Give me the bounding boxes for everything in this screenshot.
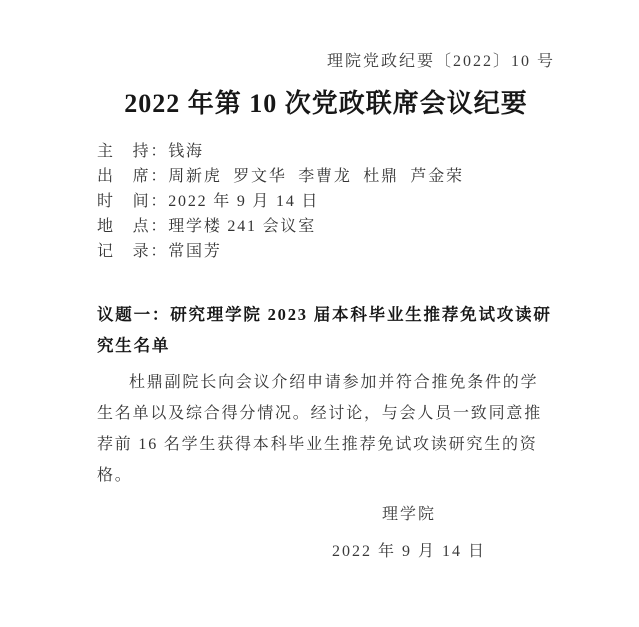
body-paragraph: 杜鼎副院长向会议介绍申请参加并符合推免条件的学生名单以及综合得分情况。经讨论，与… (97, 367, 555, 491)
meta-label-time: 时 间 (97, 193, 150, 210)
meta-row-attendees: 出 席：周新虎 罗文华 李曹龙 杜鼎 芦金荣 (97, 164, 555, 189)
document-page: 理院党政纪要〔2022〕10 号 2022 年第 10 次党政联席会议纪要 主 … (0, 0, 639, 627)
topic-heading: 议题一：研究理学院 2023 届本科毕业生推荐免试攻读研究生名单 (97, 299, 555, 361)
doc-number: 理院党政纪要〔2022〕10 号 (97, 50, 555, 74)
meta-separator: ： (150, 193, 168, 210)
meta-row-location: 地 点：理学楼 241 会议室 (97, 214, 555, 239)
meta-label-location: 地 点 (97, 218, 150, 235)
meta-separator: ： (150, 143, 168, 160)
document-title: 2022 年第 10 次党政联席会议纪要 (97, 87, 555, 121)
meta-separator: ： (150, 218, 168, 235)
meta-separator: ： (150, 243, 168, 260)
meta-label-attendees: 出 席 (97, 168, 150, 185)
meta-row-host: 主 持：钱海 (97, 139, 555, 164)
meta-value-host: 钱海 (168, 143, 204, 160)
meta-row-recorder: 记 录：常国芳 (97, 239, 555, 264)
meta-value-time: 2022 年 9 月 14 日 (168, 193, 319, 210)
meta-block: 主 持：钱海 出 席：周新虎 罗文华 李曹龙 杜鼎 芦金荣 时 间：2022 年… (97, 139, 555, 264)
meta-row-time: 时 间：2022 年 9 月 14 日 (97, 189, 555, 214)
meta-value-attendees: 周新虎 罗文华 李曹龙 杜鼎 芦金荣 (168, 168, 464, 185)
signature-block: 理学院 2022 年 9 月 14 日 (278, 503, 540, 564)
meta-label-host: 主 持 (97, 143, 150, 160)
meta-value-recorder: 常国芳 (168, 243, 221, 260)
signature-org: 理学院 (278, 503, 540, 527)
meta-value-location: 理学楼 241 会议室 (168, 218, 316, 235)
meta-separator: ： (150, 168, 168, 185)
signature-date: 2022 年 9 月 14 日 (278, 540, 540, 564)
meta-label-recorder: 记 录 (97, 243, 150, 260)
